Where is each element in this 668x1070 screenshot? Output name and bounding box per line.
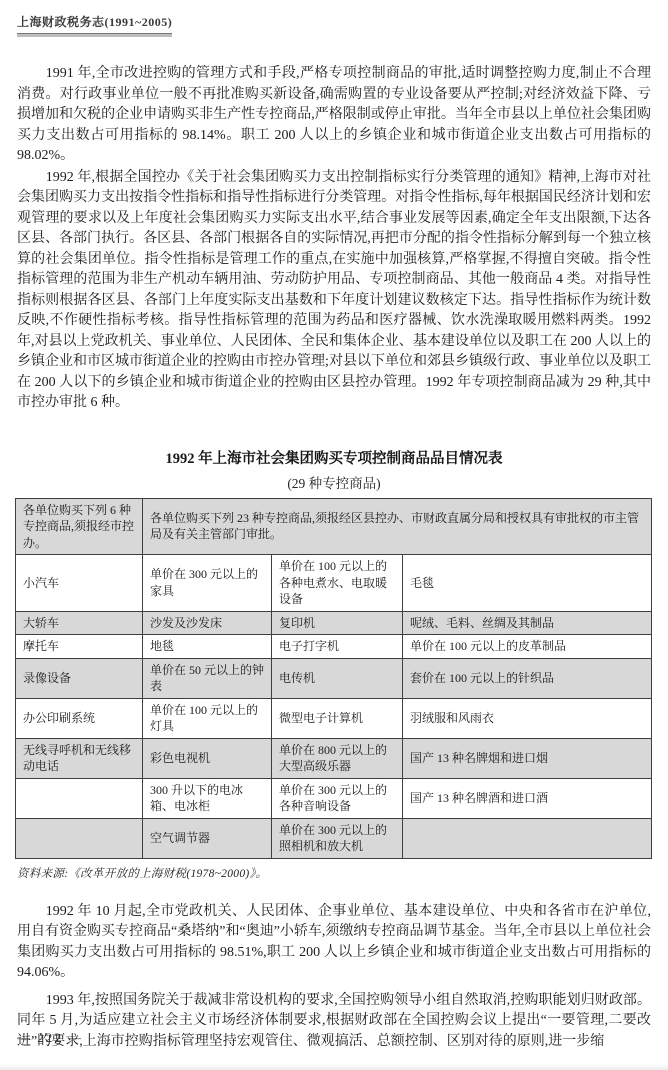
table-cell: 沙发及沙发床 — [142, 611, 271, 635]
table-title: 1992 年上海市社会集团购买专项控制商品品目情况表 — [17, 447, 651, 468]
table-cell: 单价在 300 元以上的各种音响设备 — [271, 778, 402, 818]
table-cell: 羽绒服和风雨衣 — [403, 698, 652, 738]
table-cell: 单价在 100 元以上的皮革制品 — [403, 635, 652, 659]
table-cell: 单价在 800 元以上的大型高级乐器 — [271, 738, 402, 778]
paragraph-1992-indicators: 1992 年,根据全国控办《关于社会集团购买力支出控制指标实行分类管理的通知》精… — [17, 168, 651, 414]
table-cell: 国产 13 种名牌酒和进口酒 — [403, 778, 652, 818]
table-cell: 大轿车 — [16, 611, 143, 635]
table-header-cell-district-approval: 各单位购买下列 23 种专控商品,须报经区县控办、市财政直属分局和授权具有审批权… — [142, 498, 651, 555]
table-row: 办公印刷系统 单价在 100 元以上的灯具 微型电子计算机 羽绒服和风雨衣 — [16, 698, 652, 738]
table-row: 300 升以下的电冰箱、电冰柜 单价在 300 元以上的各种音响设备 国产 13… — [16, 778, 652, 818]
table-header-cell-city-approval: 各单位购买下列 6 种专控商品,须报经市控办。 — [16, 498, 143, 555]
source-note: 资料来源:《改革开放的上海财税(1978~2000)》。 — [17, 865, 651, 881]
table-row: 大轿车 沙发及沙发床 复印机 呢绒、毛料、丝绸及其制品 — [16, 611, 652, 635]
table-cell: 微型电子计算机 — [271, 698, 402, 738]
table-cell: 摩托车 — [16, 635, 143, 659]
table-cell: 套价在 100 元以上的针织品 — [403, 658, 652, 698]
table-cell — [403, 818, 652, 858]
table-cell: 单价在 50 元以上的钟表 — [142, 658, 271, 698]
table-cell: 无线寻呼机和无线移动电话 — [16, 738, 143, 778]
controlled-commodities-table: 各单位购买下列 6 种专控商品,须报经市控办。 各单位购买下列 23 种专控商品… — [15, 498, 652, 859]
table-cell: 单价在 300 元以上的照相机和放大机 — [271, 818, 402, 858]
table-cell — [16, 778, 143, 818]
table-row: 无线寻呼机和无线移动电话 彩色电视机 单价在 800 元以上的大型高级乐器 国产… — [16, 738, 652, 778]
table-cell: 电传机 — [271, 658, 402, 698]
table-cell: 单价在 100 元以上的各种电煮水、电取暖设备 — [271, 555, 402, 612]
table-cell: 毛毯 — [403, 555, 652, 612]
table-cell: 办公印刷系统 — [16, 698, 143, 738]
paragraph-1991: 1991 年,全市改进控购的管理方式和手段,严格专项控制商品的审批,适时调整控购… — [17, 64, 651, 167]
table-cell: 彩色电视机 — [142, 738, 271, 778]
table-cell — [16, 818, 143, 858]
scanned-book-page: 上海财政税务志(1991~2005) 1991 年,全市改进控购的管理方式和手段… — [0, 0, 668, 1070]
paragraph-1992-october: 1992 年 10 月起,全市党政机关、人民团体、企事业单位、基本建设单位、中央… — [17, 902, 651, 984]
table-cell: 录像设备 — [16, 658, 143, 698]
table-header-row: 各单位购买下列 6 种专控商品,须报经市控办。 各单位购买下列 23 种专控商品… — [16, 498, 652, 555]
table-cell: 地毯 — [142, 635, 271, 659]
table-cell: 电子打字机 — [271, 635, 402, 659]
table-subtitle: (29 种专控商品) — [17, 472, 651, 492]
table-cell: 300 升以下的电冰箱、电冰柜 — [142, 778, 271, 818]
table-cell: 空气调节器 — [142, 818, 271, 858]
table-cell: 单价在 100 元以上的灯具 — [142, 698, 271, 738]
table-cell: 呢绒、毛料、丝绸及其制品 — [403, 611, 652, 635]
table-cell: 国产 13 种名牌烟和进口烟 — [403, 738, 652, 778]
table-row: 空气调节器 单价在 300 元以上的照相机和放大机 — [16, 818, 652, 858]
running-header-text: 上海财政税务志(1991~2005) — [17, 13, 172, 34]
table-row: 录像设备 单价在 50 元以上的钟表 电传机 套价在 100 元以上的针织品 — [16, 658, 652, 698]
table-cell: 小汽车 — [16, 555, 143, 612]
paragraph-1993: 1993 年,按照国务院关于裁减非常设机构的要求,全国控购领导小组自然取消,控购… — [17, 991, 651, 1053]
page-number: — 222 — — [17, 1030, 83, 1046]
running-header: 上海财政税务志(1991~2005) — [17, 13, 651, 37]
table-row: 摩托车 地毯 电子打字机 单价在 100 元以上的皮革制品 — [16, 635, 652, 659]
table-cell: 复印机 — [271, 611, 402, 635]
table-row: 小汽车 单价在 300 元以上的家具 单价在 100 元以上的各种电煮水、电取暖… — [16, 555, 652, 612]
table-cell: 单价在 300 元以上的家具 — [142, 555, 271, 612]
